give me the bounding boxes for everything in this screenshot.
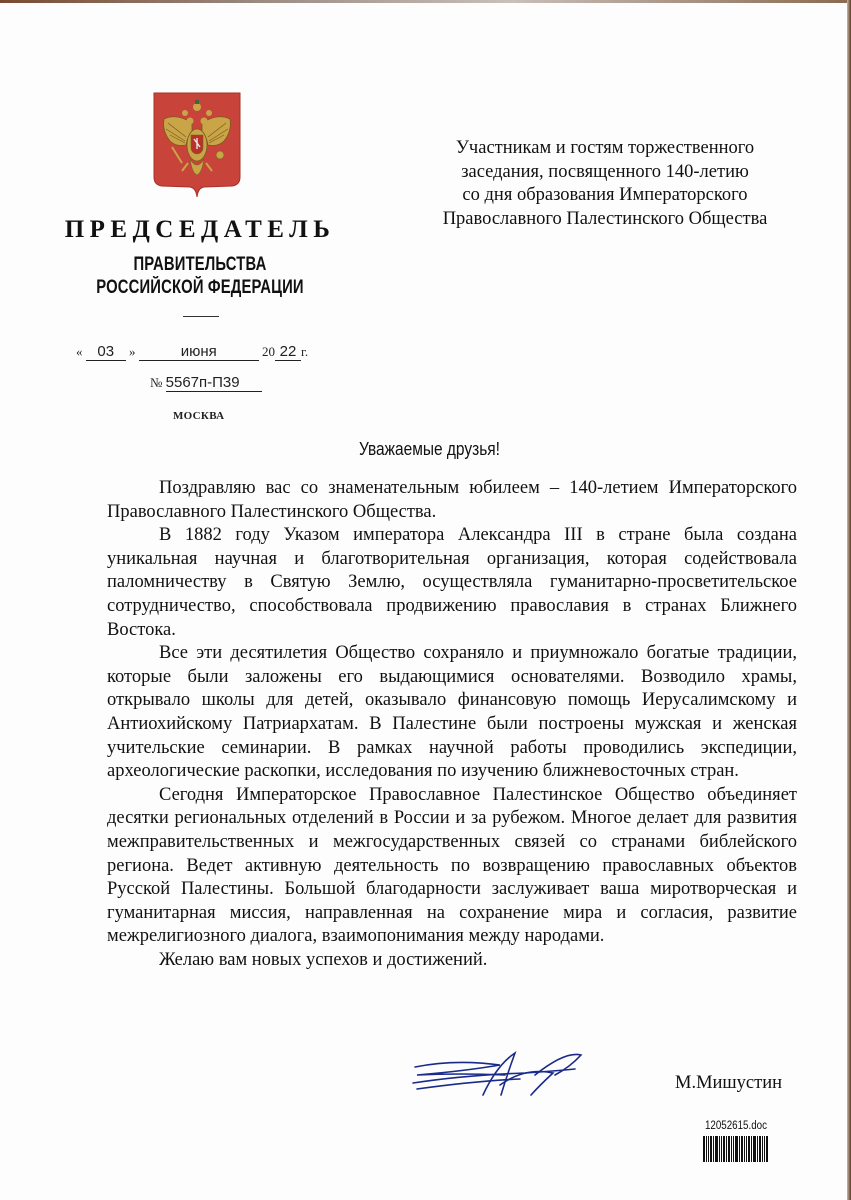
number-label: № xyxy=(150,375,162,390)
paragraph: В 1882 году Указом императора Александра… xyxy=(107,524,797,642)
addressee-line: заседания, посвященного 140-летию xyxy=(420,161,790,185)
date-open-quote: « xyxy=(76,344,83,359)
page-edge-right xyxy=(847,0,851,1200)
document-id: 12052615.doc xyxy=(705,1120,767,1132)
date-month: июня xyxy=(139,344,259,361)
org-title-government: ПРАВИТЕЛЬСТВА xyxy=(75,254,325,276)
greeting: Уважаемые друзья! xyxy=(64,439,796,460)
coat-of-arms-icon xyxy=(152,91,242,199)
org-title-federation: РОССИЙСКОЙ ФЕДЕРАЦИИ xyxy=(75,277,325,299)
signature-icon xyxy=(405,1045,605,1097)
date-year: 22 xyxy=(275,344,301,361)
addressee-block: Участникам и гостям торжественного засед… xyxy=(420,137,790,231)
city-label: МОСКВА xyxy=(173,410,224,422)
paragraph: Сегодня Императорское Православное Палес… xyxy=(107,784,797,949)
org-title-chairman: ПРЕДСЕДАТЕЛЬ xyxy=(40,216,360,244)
letter-body: Поздравляю вас со знаменательным юбилеем… xyxy=(107,477,797,972)
paragraph: Поздравляю вас со знаменательным юбилеем… xyxy=(107,477,797,524)
letterhead-divider xyxy=(183,316,219,317)
date-close-quote: » xyxy=(129,344,136,359)
number-value: 5567п-П39 xyxy=(166,375,262,392)
date-suffix: г. xyxy=(301,344,308,359)
document-number: № 5567п-П39 xyxy=(150,375,262,392)
letter-page: ПРЕДСЕДАТЕЛЬ ПРАВИТЕЛЬСТВА РОССИЙСКОЙ ФЕ… xyxy=(0,3,847,1200)
addressee-line: Участникам и гостям торжественного xyxy=(420,137,790,161)
paragraph: Все эти десятилетия Общество сохраняло и… xyxy=(107,642,797,784)
barcode-icon xyxy=(703,1136,781,1162)
document-date: « 03 » июня 2022г. xyxy=(76,344,308,361)
date-century: 20 xyxy=(262,344,275,359)
signer-name: М.Мишустин xyxy=(675,1073,782,1094)
paragraph: Желаю вам новых успехов и достижений. xyxy=(107,949,797,973)
addressee-line: Православного Палестинского Общества xyxy=(420,208,790,232)
date-day: 03 xyxy=(86,344,126,361)
addressee-line: со дня образования Императорского xyxy=(420,184,790,208)
